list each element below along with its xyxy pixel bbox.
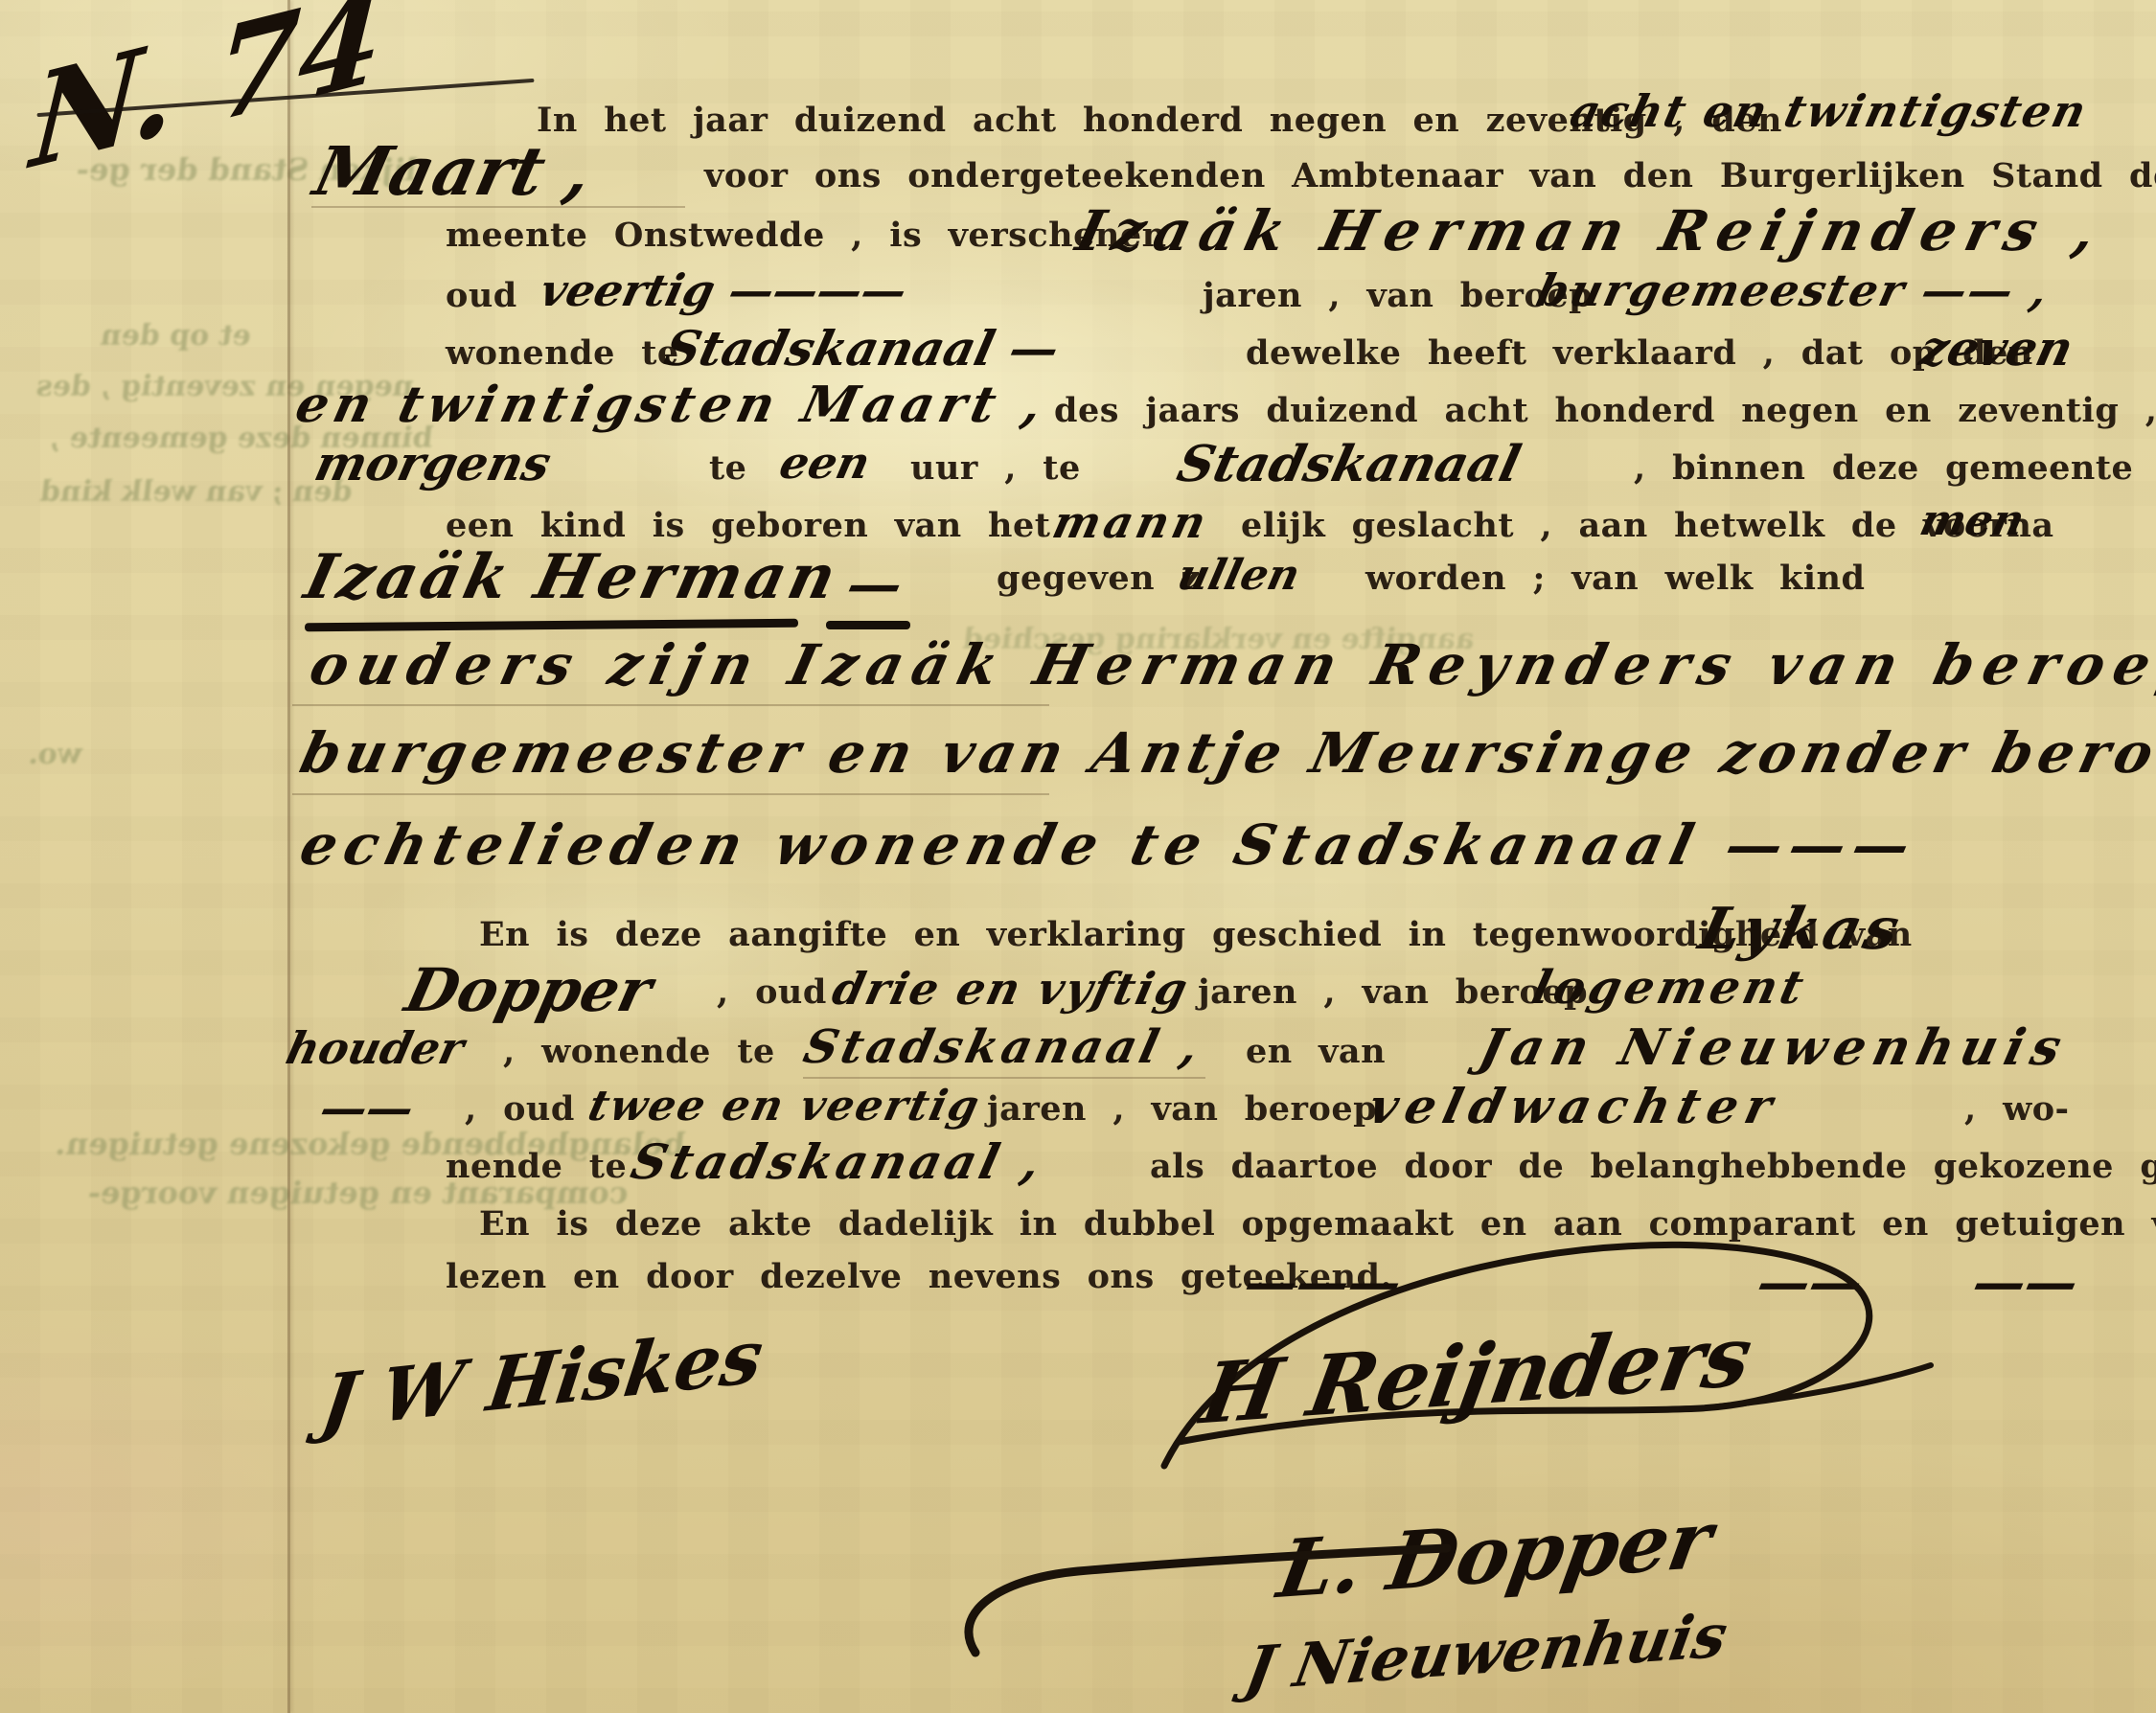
signature-hiskes: J W Hiskes (316, 1313, 768, 1446)
printed-text: jaren , van beroep (987, 1089, 1377, 1129)
fill-in-rule (292, 704, 1049, 706)
child-name-underline (305, 619, 798, 631)
printed-text: meente Onstwedde , is verschenen (446, 216, 1167, 255)
entry-voorna-suffix: men (1915, 496, 2029, 545)
printed-text: , wo- (1964, 1089, 2070, 1129)
printed-text: , wonende te (503, 1032, 775, 1071)
entry-witness1-surname: Dopper (400, 955, 659, 1025)
printed-text: en van (1246, 1032, 1386, 1071)
printed-text: des jaars duizend acht honderd negen en … (1054, 391, 2156, 430)
entry-witness1-age: drie en vyftig (828, 963, 1194, 1015)
printed-text: oud (446, 276, 517, 315)
entry-month: Maart , (307, 131, 599, 211)
bleedthrough-text: et op den (99, 319, 252, 353)
entry-gender: mann (1048, 496, 1215, 548)
entry-witness1-profession-2: houder (282, 1022, 470, 1074)
fill-in-rule (292, 793, 1049, 795)
printed-text: , oud (717, 972, 827, 1012)
entry-time-of-day: morgens (310, 435, 556, 491)
entry-parents-line-1: ouders zijn Izaäk Herman Reynders van be… (304, 632, 2156, 697)
printed-text: , oud (465, 1089, 575, 1129)
entry-hour: een (775, 437, 875, 489)
entry-witness2-residence: Stadskanaal , (626, 1133, 1049, 1190)
entry-witness1-residence: Stadskanaal , (799, 1020, 1208, 1074)
child-name-underline (826, 621, 910, 629)
bleedthrough-text: den ; van welk kind (38, 475, 354, 509)
printed-text: uur , te (910, 448, 1081, 488)
entry-birth-day-part2: en twintigsten Maart , (290, 376, 1053, 434)
entry-witness2-profession: veldwachter (1364, 1078, 1785, 1134)
printed-text: voor ons ondergeteekenden Ambtenaar van … (704, 156, 2156, 195)
entry-declarant-residence: Stadskanaal — (659, 320, 1065, 377)
handwritten-dash: — (840, 553, 908, 616)
entry-birth-place: Stadskanaal (1172, 435, 1526, 493)
entry-witness2-name: Jan Nieuwenhuis (1474, 1018, 2075, 1077)
fill-in-rule (803, 1077, 1205, 1079)
entry-day: acht en twintigsten (1566, 85, 2093, 137)
entry-declarant-name: Izaäk Herman Reijnders , (1070, 198, 2111, 263)
handwritten-dash: —— (315, 1082, 420, 1135)
entry-birth-day-part1: zeven (1915, 320, 2078, 377)
entry-parents-line-2: burgemeester en van Antje Meursinge zond… (294, 720, 2156, 786)
entry-child-names: Izaäk Herman (298, 541, 846, 613)
entry-witness1-firstname: Lykas (1693, 896, 1909, 963)
printed-text: wonende te (446, 333, 679, 373)
entry-witness1-profession: logement (1527, 961, 1813, 1015)
printed-text: nende te (446, 1147, 627, 1186)
printed-text: als daartoe door de belanghebbende gekoz… (1150, 1147, 2156, 1186)
printed-text: dewelke heeft verklaard , dat op den (1246, 333, 2033, 373)
birth-certificate-scan: lijken Stand der ge- et op den negen en … (0, 0, 2156, 1713)
closing-flourish-dash: —— (1967, 1251, 2085, 1313)
entry-declarant-age: veertig ———— (536, 264, 912, 316)
entry-witness2-age: twee en veertig (584, 1082, 985, 1131)
entry-declarant-profession: burgemeester —— , (1532, 264, 2055, 316)
printed-text: , binnen deze gemeente , (1634, 448, 2156, 488)
printed-text: worden ; van welk kind (1365, 559, 1865, 598)
printed-text: te (709, 448, 746, 488)
entry-parents-line-3: echtelieden wonende te Stadskanaal ——— (294, 812, 1924, 878)
handwritten-correction: ullen (1173, 551, 1304, 600)
printed-text: een kind is geboren van het (446, 506, 1050, 545)
fold-line (287, 0, 290, 1713)
printed-text: gegeven z (997, 559, 1201, 598)
bleedthrough-text: wo. (27, 738, 83, 771)
